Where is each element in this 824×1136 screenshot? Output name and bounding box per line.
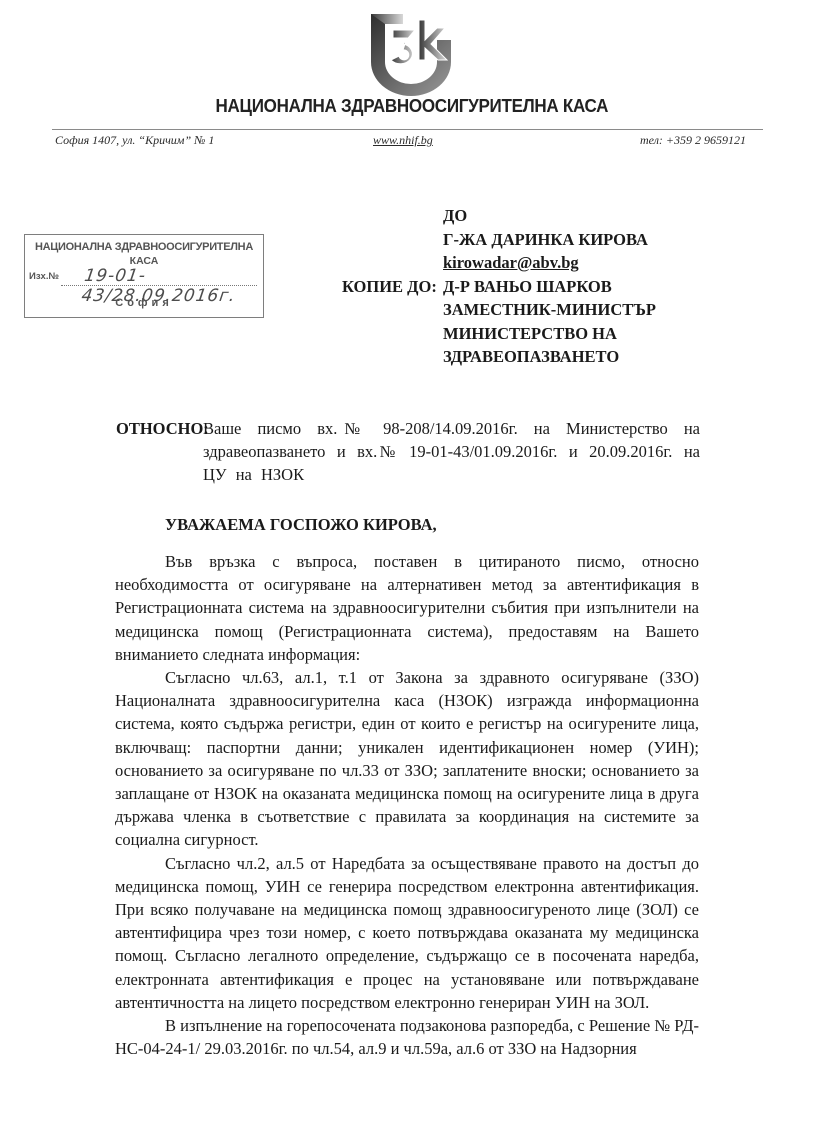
phone-number: тел: +359 2 9659121	[640, 133, 746, 148]
salutation: УВАЖАЕМА ГОСПОЖО КИРОВА,	[165, 515, 437, 535]
stamp-org-line1: НАЦИОНАЛНА ЗДРАВНООСИГУРИТЕЛНА	[25, 241, 263, 253]
recipient-email-link[interactable]: kirowadar@abv.bg	[443, 251, 579, 275]
stamp-reg-label: Изх.№	[29, 271, 59, 282]
subject-block: ОТНОСНО: Ваше писмо вх.№ 98-208/14.09.20…	[116, 417, 700, 486]
body-paragraph: Съгласно чл.2, ал.5 от Наредбата за осъщ…	[115, 852, 699, 1014]
organization-address: София 1407, ул. “Кричим” № 1	[55, 133, 214, 148]
subject-text: Ваше писмо вх.№ 98-208/14.09.2016г. на М…	[203, 417, 700, 486]
recipient-name: Г-ЖА ДАРИНКА КИРОВА	[443, 228, 648, 252]
organization-name: НАЦИОНАЛНА ЗДРАВНООСИГУРИТЕЛНА КАСА	[33, 95, 791, 117]
stamp-city: София	[25, 297, 263, 309]
addressee-block: ДО Г-ЖА ДАРИНКА КИРОВА kirowadar@abv.bg …	[342, 204, 656, 369]
body-paragraph: В изпълнение на горепосочената подзаконо…	[115, 1014, 699, 1060]
nzok-logo-icon	[363, 10, 459, 96]
body-paragraph: Във връзка с въпроса, поставен в цитиран…	[115, 550, 699, 666]
body-paragraph: Съгласно чл.63, ал.1, т.1 от Закона за з…	[115, 666, 699, 852]
copy-recipient-line: МИНИСТЕРСТВО НА	[443, 322, 617, 346]
registration-stamp: НАЦИОНАЛНА ЗДРАВНООСИГУРИТЕЛНА КАСА Изх.…	[24, 234, 264, 318]
copy-recipient-line: ЗАМЕСТНИК-МИНИСТЪР	[443, 298, 656, 322]
to-label: ДО	[443, 204, 467, 228]
subject-label: ОТНОСНО	[116, 419, 203, 438]
letter-body: Във връзка с въпроса, поставен в цитиран…	[115, 550, 699, 1060]
copy-recipient-line: Д-Р ВАНЬО ШАРКОВ	[443, 275, 612, 299]
copy-to-label: КОПИЕ ДО:	[342, 275, 443, 299]
copy-recipient-line: ЗДРАВЕОПАЗВАНЕТО	[443, 345, 619, 369]
letterhead-divider	[52, 129, 763, 130]
website-link[interactable]: www.nhif.bg	[373, 133, 433, 148]
